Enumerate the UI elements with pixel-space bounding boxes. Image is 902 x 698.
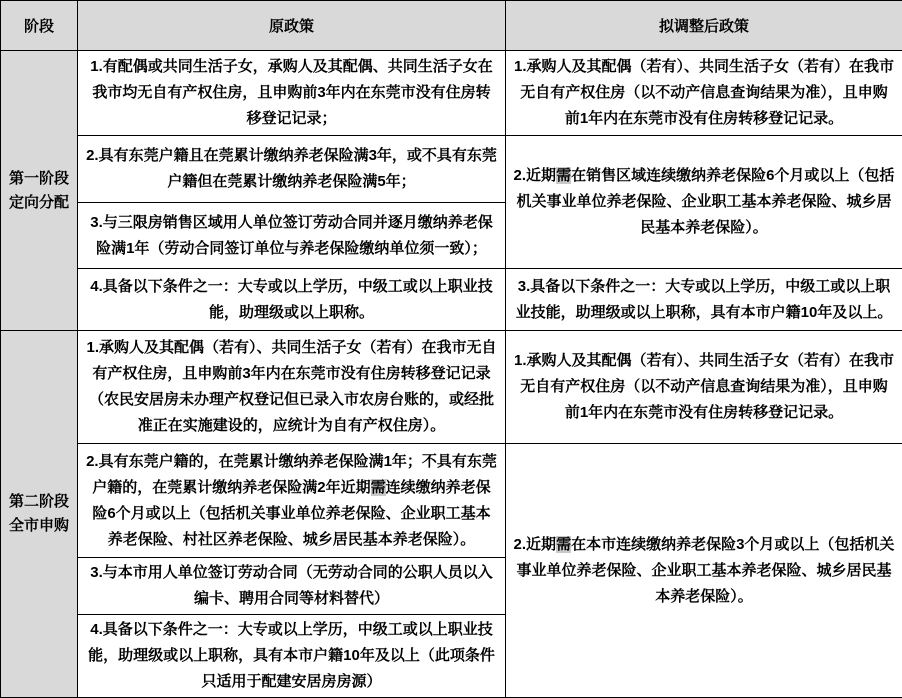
stage2-label-line1: 第二阶段 — [9, 493, 69, 510]
stage2-original-item2: 2.具有东莞户籍的，在莞累计缴纳养老保险满1年；不具有东莞户籍的，在莞累计缴纳养… — [78, 444, 506, 558]
stage2-adjusted-item2-pre: 2.近期 — [514, 536, 557, 553]
table-row: 第二阶段 全市申购 1.承购人及其配偶（若有）、共同生活子女（若有）在我市无自有… — [1, 331, 902, 444]
stage2-label-line2: 全市申购 — [9, 517, 69, 534]
policy-comparison-table: 阶段 原政策 拟调整后政策 第一阶段 定向分配 1.有配偶或共同生活子女，承购人… — [0, 0, 902, 698]
stage1-adjusted-item3: 3.具备以下条件之一：大专或以上学历，中级工或以上职业技能，助理级或以上职称，具… — [506, 269, 902, 331]
stage1-label-line2: 定向分配 — [9, 194, 69, 211]
stage1-original-item3: 3.与三限房销售区域用人单位签订劳动合同并逐月缴纳养老保险满1年（劳动合同签订单… — [78, 203, 506, 269]
stage1-adjusted-item1: 1.承购人及其配偶（若有）、共同生活子女（若有）在我市无自有产权住房（以不动产信… — [506, 51, 902, 136]
stage1-label-line1: 第一阶段 — [9, 170, 69, 187]
stage2-original-item4: 4.具备以下条件之一：大专或以上学历，中级工或以上职业技能，助理级或以上职称，具… — [78, 615, 506, 698]
table-row: 2.具有东莞户籍且在莞累计缴纳养老保险满3年，或不具有东莞户籍但在莞累计缴纳养老… — [1, 136, 902, 203]
stage2-label-cell: 第二阶段 全市申购 — [1, 331, 78, 698]
stage1-adjusted-item2-post: 在销售区域连续缴纳养老保险6个月或以上（包括机关事业单位养老保险、企业职工基本养… — [516, 167, 894, 236]
policy-comparison-page: 阶段 原政策 拟调整后政策 第一阶段 定向分配 1.有配偶或共同生活子女，承购人… — [0, 0, 902, 693]
header-row: 阶段 原政策 拟调整后政策 — [1, 1, 902, 51]
header-cell-stage: 阶段 — [1, 1, 78, 51]
stage2-adjusted-item2-highlighted-char: 需 — [556, 536, 571, 553]
table-row: 4.具备以下条件之一：大专或以上学历，中级工或以上职业技能，助理级或以上职称。 … — [1, 269, 902, 331]
header-cell-adjusted-policy: 拟调整后政策 — [506, 1, 902, 51]
stage1-original-item2: 2.具有东莞户籍且在莞累计缴纳养老保险满3年，或不具有东莞户籍但在莞累计缴纳养老… — [78, 136, 506, 203]
stage1-adjusted-item2: 2.近期需在销售区域连续缴纳养老保险6个月或以上（包括机关事业单位养老保险、企业… — [506, 136, 902, 269]
stage2-adjusted-item2: 2.近期需在本市连续缴纳养老保险3个月或以上（包括机关事业单位养老保险、企业职工… — [506, 444, 902, 698]
stage1-original-item1: 1.有配偶或共同生活子女，承购人及其配偶、共同生活子女在我市均无自有产权住房，且… — [78, 51, 506, 136]
stage2-adjusted-item1: 1.承购人及其配偶（若有）、共同生活子女（若有）在我市无自有产权住房（以不动产信… — [506, 331, 902, 444]
stage1-adjusted-item2-highlighted-char: 需 — [556, 167, 571, 184]
stage2-original-item2-highlighted-char: 需 — [371, 479, 386, 496]
stage2-adjusted-item2-post: 在本市连续缴纳养老保险3个月或以上（包括机关事业单位养老保险、企业职工基本养老保… — [516, 536, 894, 605]
table-row: 第一阶段 定向分配 1.有配偶或共同生活子女，承购人及其配偶、共同生活子女在我市… — [1, 51, 902, 136]
stage1-adjusted-item2-pre: 2.近期 — [514, 167, 557, 184]
stage1-original-item4: 4.具备以下条件之一：大专或以上学历，中级工或以上职业技能，助理级或以上职称。 — [78, 269, 506, 331]
table-row: 2.具有东莞户籍的，在莞累计缴纳养老保险满1年；不具有东莞户籍的，在莞累计缴纳养… — [1, 444, 902, 558]
header-cell-original-policy: 原政策 — [78, 1, 506, 51]
stage2-original-item3: 3.与本市用人单位签订劳动合同（无劳动合同的公职人员以入编卡、聘用合同等材料替代… — [78, 558, 506, 615]
stage1-label-cell: 第一阶段 定向分配 — [1, 51, 78, 331]
stage2-original-item1: 1.承购人及其配偶（若有）、共同生活子女（若有）在我市无自有产权住房，且申购前3… — [78, 331, 506, 444]
